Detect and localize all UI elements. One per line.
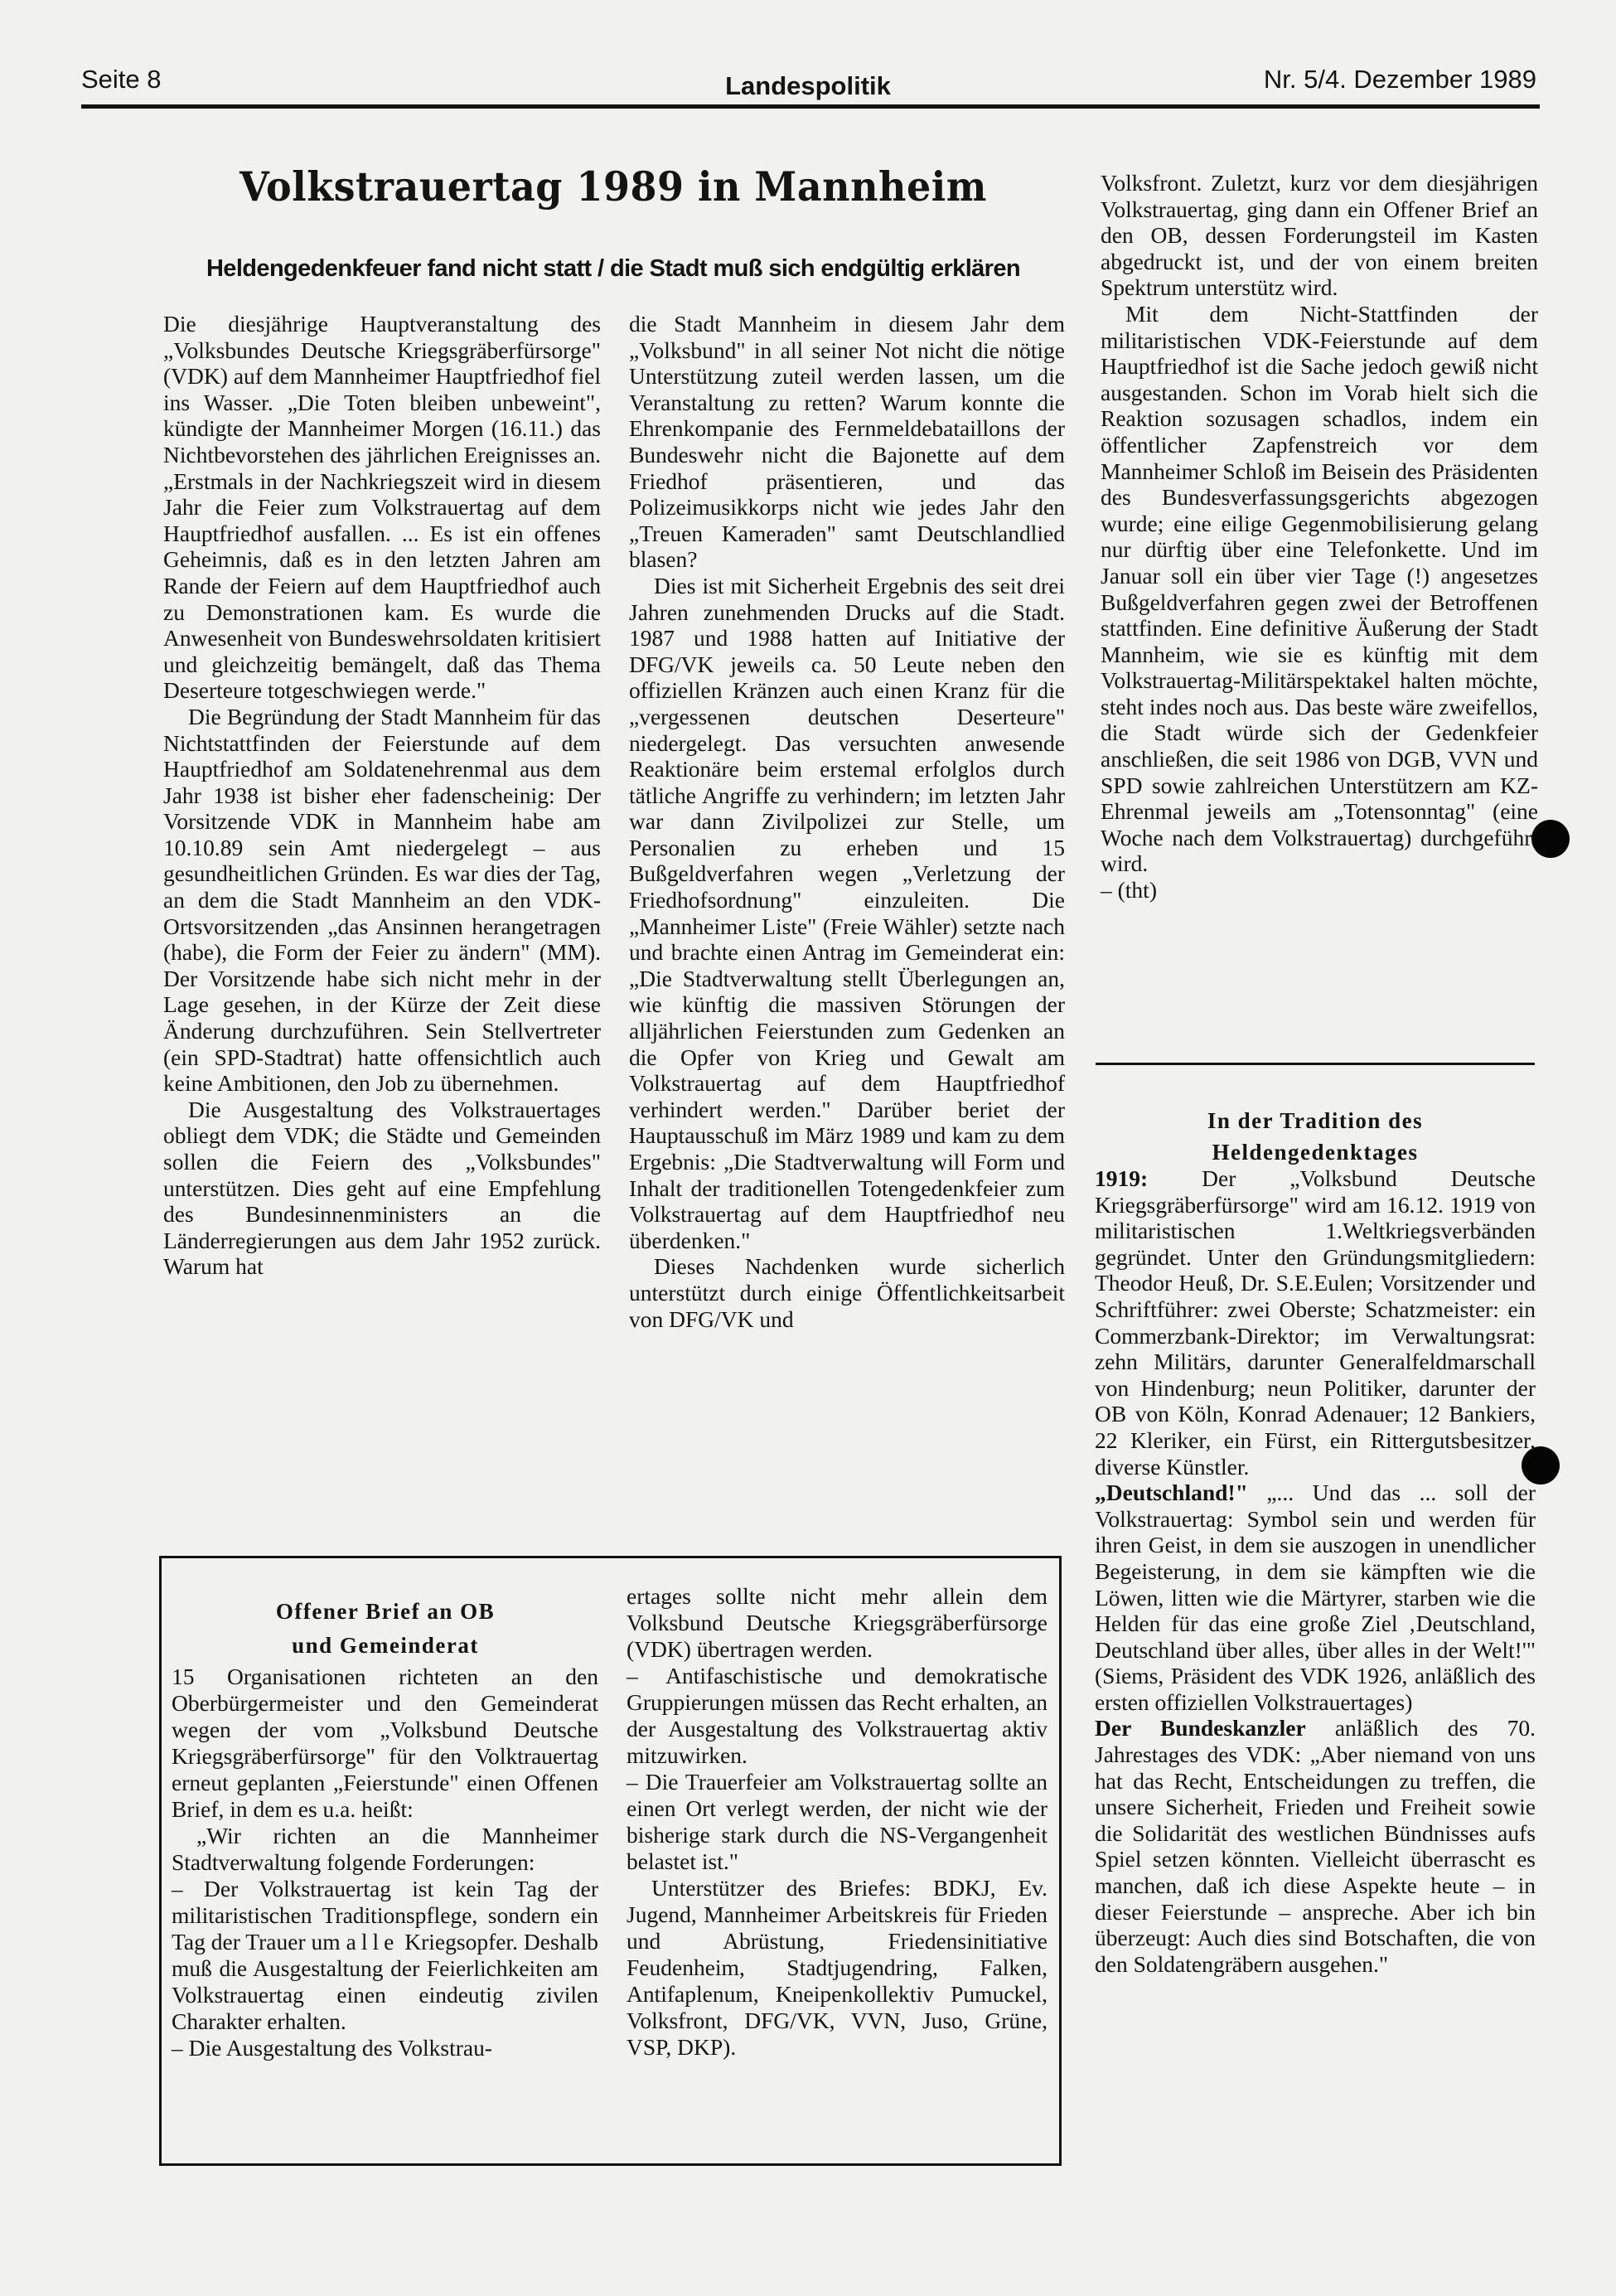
paragraph: Dies ist mit Sicherheit Ergebnis des sei…	[629, 573, 1065, 1253]
demand-item: – Die Ausgestaltung des Volkstrau-	[172, 2035, 598, 2061]
sidebar-entry: 1919: Der „Volksbund Deutsche Kriegsgräb…	[1095, 1165, 1536, 1480]
sidebar-body: 1919: Der „Volksbund Deutsche Kriegsgräb…	[1095, 1165, 1536, 1977]
article-title: Volkstrauertag 1989 in Mannheim	[157, 163, 1069, 211]
article-column-right: Volksfront. Zuletzt, kurz vor dem diesjä…	[1101, 170, 1538, 903]
paragraph: „Wir richten an die Mannheimer Stadtverw…	[172, 1823, 598, 1876]
demand-item: – Antifaschistische und demokratische Gr…	[627, 1663, 1047, 1769]
article-subtitle: Heldengedenkfeuer fand nicht statt / die…	[157, 255, 1069, 283]
paragraph: Dieses Nachdenken wurde sicherlich unter…	[629, 1253, 1065, 1332]
paragraph: 15 Organisationen richteten an den Oberb…	[172, 1664, 598, 1823]
open-letter-column-2: ertages sollte nicht mehr allein dem Vol…	[627, 1583, 1047, 2061]
open-letter-column-1: 15 Organisationen richteten an den Oberb…	[172, 1664, 598, 2061]
issue-date: Nr. 5/4. Dezember 1989	[1264, 65, 1536, 94]
sidebar-entry: „Deutschland!" „... Und das ... soll der…	[1095, 1480, 1536, 1715]
paragraph: Die diesjährige Hauptveranstaltung des „…	[163, 311, 601, 704]
article-column-left: Die diesjährige Hauptveranstaltung des „…	[163, 311, 601, 1280]
paragraph: die Stadt Mannheim in diesem Jahr dem „V…	[629, 311, 1065, 573]
sidebar-entry: Der Bundeskanzler anläßlich des 70. Jahr…	[1095, 1715, 1536, 1977]
demand-item: – Die Trauerfeier am Volkstrauertag soll…	[627, 1769, 1047, 1875]
header-divider	[81, 104, 1540, 109]
paragraph: Die Begründung der Stadt Mannheim für da…	[163, 704, 601, 1097]
punch-hole	[1531, 820, 1570, 858]
sidebar-divider	[1096, 1063, 1535, 1065]
paragraph: Die Ausgestaltung des Volkstrauertages o…	[163, 1097, 601, 1280]
paragraph: Mit dem Nicht-Stattfinden der militarist…	[1101, 301, 1538, 877]
author-signature: – (tht)	[1101, 877, 1538, 903]
paragraph: Volksfront. Zuletzt, kurz vor dem diesjä…	[1101, 170, 1538, 301]
open-letter-heading: Offener Brief an OB und Gemeinderat	[170, 1595, 601, 1663]
supporters-list: Unterstützer des Briefes: BDKJ, Ev. Juge…	[627, 1875, 1047, 2061]
demand-item: – Der Volkstrauertag ist kein Tag der mi…	[172, 1876, 598, 2035]
demand-item: ertages sollte nicht mehr allein dem Vol…	[627, 1583, 1047, 1663]
article-column-middle: die Stadt Mannheim in diesem Jahr dem „V…	[629, 311, 1065, 1332]
sidebar-heading: In der Tradition des Heldengedenktages	[1096, 1105, 1535, 1168]
